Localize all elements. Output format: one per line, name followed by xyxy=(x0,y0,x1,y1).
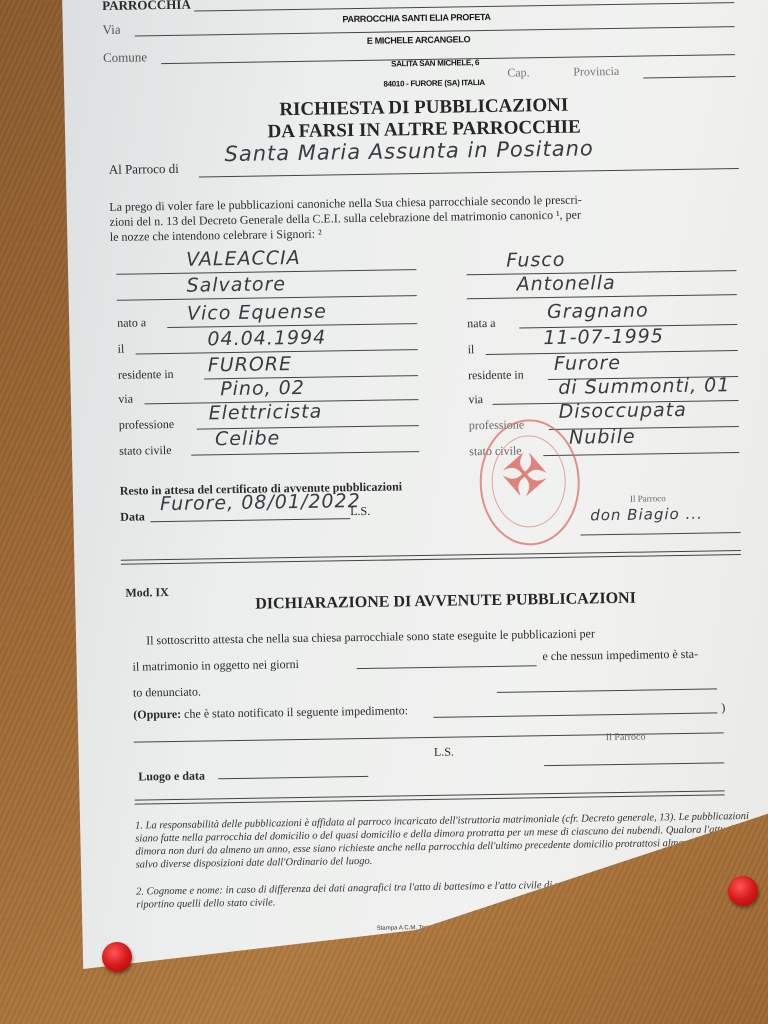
luogo-line xyxy=(218,776,368,779)
intro-line-3: le nozze che intendono celebrare i Signo… xyxy=(110,227,322,245)
parrocchia-label: PARROCCHIA xyxy=(102,0,191,14)
bride-street-label: via xyxy=(468,392,483,407)
groom-civil-status-label: stato civile xyxy=(119,443,172,459)
groom-street: Pino, 02 xyxy=(220,377,305,400)
groom-born-label: nato a xyxy=(117,315,146,330)
parish-stamp-line-1: PARROCCHIA SANTI ELIA PROFETA xyxy=(342,12,490,24)
date-line xyxy=(150,518,350,522)
bride-born-place: Gragnano xyxy=(547,299,649,323)
declaration-parroco-label: Il Parroco xyxy=(606,732,646,744)
groom-civil-status: Celibe xyxy=(215,427,281,450)
bride-date-label: il xyxy=(468,342,475,357)
parish-stamp-line-2: E MICHELE ARCANGELO xyxy=(367,34,471,46)
impedimento-line-1b xyxy=(433,712,717,717)
via-label: Via xyxy=(102,22,120,38)
oppure-bold: (Oppure: xyxy=(133,707,181,722)
groom-name: Salvatore xyxy=(186,273,286,297)
groom-profession-label: professione xyxy=(119,417,175,433)
declaration-ls-label: L.S. xyxy=(434,745,454,760)
luogo-label: Luogo e data xyxy=(138,768,205,784)
pushpin-bottom-right xyxy=(728,876,758,906)
document-sheet: PARROCCHIA Via Comune Cap. Provincia PAR… xyxy=(62,0,768,969)
parroco-label: Il Parroco xyxy=(630,493,666,504)
al-parroco-value: Santa Maria Assunta in Positano xyxy=(224,136,594,166)
ls-label: L.S. xyxy=(350,504,370,519)
declaration-line-2a: il matrimonio in oggetto nei giorni xyxy=(132,657,299,675)
bride-residence: Furore xyxy=(554,352,621,375)
bride-street: di Summonti, 01 xyxy=(558,374,730,399)
cap-label: Cap. xyxy=(507,65,530,80)
date-value: Furore, 08/01/2022 xyxy=(160,490,361,515)
al-parroco-label: Al Parroco di xyxy=(109,161,179,178)
pushpin-bottom-left xyxy=(102,942,132,972)
groom-residence-label: residente in xyxy=(118,367,174,383)
giorni-line xyxy=(357,665,537,669)
bride-born-label: nata a xyxy=(467,316,496,331)
oppure-line: (Oppure: che è stato notificato il segue… xyxy=(133,703,408,722)
bride-civil-status: Nubile xyxy=(569,426,636,449)
bride-surname: Fusco xyxy=(506,249,566,272)
declaration-line-1: Il sottoscritto attesta che nella sua ch… xyxy=(146,626,595,648)
declaration-title: DICHIARAZIONE DI AVVENUTE PUBBLICAZIONI xyxy=(125,588,765,616)
groom-born-place: Vico Equense xyxy=(187,301,327,325)
bride-name-line xyxy=(467,294,737,299)
bride-name: Antonella xyxy=(516,272,615,296)
groom-civil-status-line xyxy=(191,451,419,456)
parish-seal: ✠ xyxy=(479,419,581,547)
groom-birth-date: 04.04.1994 xyxy=(207,327,326,351)
declaration-line-2b: e che nessun impedimento è sta- xyxy=(542,647,698,664)
date-label: Data xyxy=(120,509,145,524)
impedimento-line-1 xyxy=(497,688,717,692)
al-parroco-line xyxy=(199,168,739,177)
parish-stamp-line-3: SALITA SAN MICHELE, 6 xyxy=(391,58,479,68)
groom-street-label: via xyxy=(118,392,133,407)
groom-surname: VALEACCIA xyxy=(186,247,301,271)
bride-residence-label: residente in xyxy=(468,367,524,383)
document-content: PARROCCHIA Via Comune Cap. Provincia PAR… xyxy=(102,0,767,974)
signature-line xyxy=(581,532,741,536)
bride-profession: Disoccupata xyxy=(558,399,687,423)
bride-birth-date: 11-07-1995 xyxy=(543,325,664,349)
provincia-line xyxy=(643,76,735,78)
declaration-signature-line xyxy=(544,762,724,766)
groom-profession: Elettricista xyxy=(208,401,322,425)
parrocchia-line xyxy=(194,2,734,11)
groom-name-line xyxy=(117,295,417,301)
declaration-line-3: to denunciato. xyxy=(133,685,201,701)
comune-label: Comune xyxy=(103,49,147,66)
parish-stamp-line-4: 84010 - FURORE (SA) ITALIA xyxy=(383,78,485,89)
close-paren: ) xyxy=(721,700,725,715)
groom-date-label: il xyxy=(117,342,124,357)
provincia-label: Provincia xyxy=(573,64,619,80)
oppure-text: che è stato notificato il seguente imped… xyxy=(184,703,408,721)
parroco-signature: don Biagio ... xyxy=(590,505,703,525)
groom-residence: FURORE xyxy=(208,353,293,376)
